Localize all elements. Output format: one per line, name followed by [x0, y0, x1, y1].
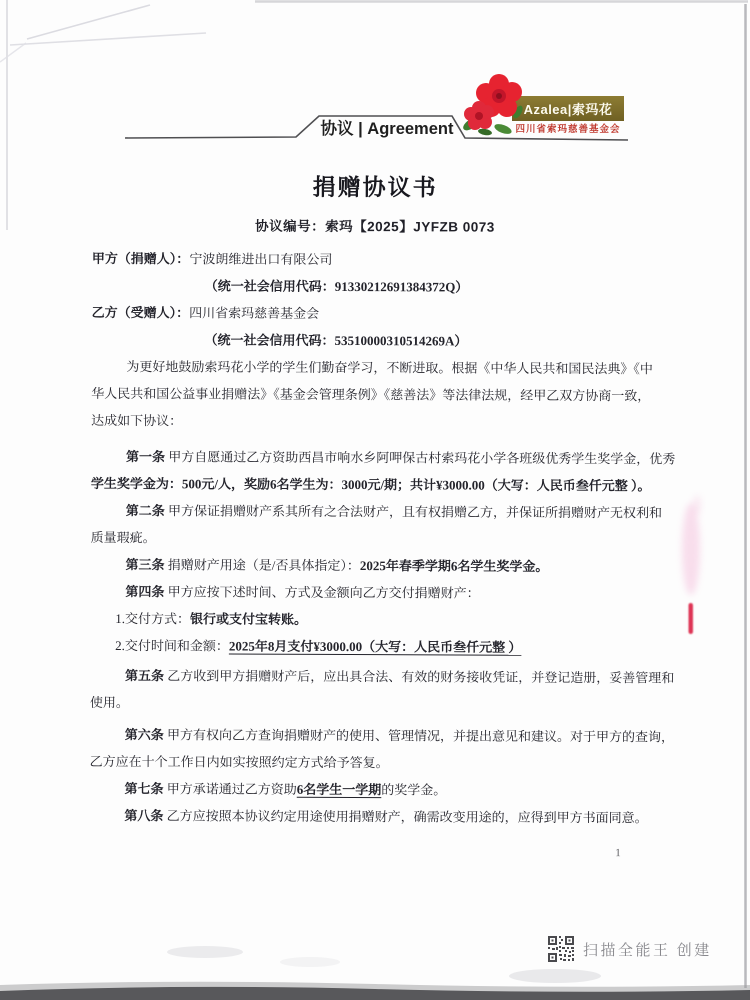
watermark-text: 扫描全能王 创建 — [583, 939, 712, 960]
doc-paragraph: 第二条 甲方保证捐赠财产系其所有之合法财产，且有权捐赠乙方，并保证所捐赠财产无权… — [91, 497, 661, 553]
doc-line: （统一社会信用代码：53510000310514269A） — [91, 326, 661, 355]
doc-text-segment: 第二条 — [126, 503, 168, 518]
doc-paragraph: （统一社会信用代码：91330212691384372Q） — [92, 272, 662, 301]
doc-line: 乙方（受赠人）：四川省索玛慈善基金会 — [92, 299, 662, 328]
doc-line: 第五条 乙方收到甲方捐赠财产后，应出具合法、有效的财务接收凭证，并登记造册，妥善… — [90, 662, 660, 691]
doc-text-segment: 第八条 — [124, 808, 166, 823]
doc-text-segment: 2.交付时间和金额： — [115, 638, 229, 653]
doc-text-segment: 第五条 — [125, 668, 167, 683]
doc-paragraph: 第一条 甲方自愿通过乙方资助西昌市响水乡阿呷保古村索玛花小学各班级优秀学生奖学金… — [91, 443, 661, 499]
doc-text-segment: 捐赠财产用途（是/否具体指定）： — [168, 557, 360, 573]
doc-paragraph: 乙方（受赠人）：四川省索玛慈善基金会 — [92, 299, 662, 328]
document-title: 捐赠协议书 — [0, 167, 750, 203]
doc-text-segment: 银行或支付宝转账。 — [190, 611, 307, 627]
doc-line: 第七条 甲方承诺通过乙方资助6名学生一学期的奖学金。 — [89, 775, 659, 804]
doc-text-segment: 四川省索玛慈善基金会 — [189, 305, 319, 321]
document-content: 捐赠协议书 协议编号：索玛【2025】JYFZB 0073 甲方（捐赠人）：宁波… — [0, 0, 750, 1000]
doc-line: 华人民共和国公益事业捐赠法》《基金会管理条例》《慈善法》等法律法规，经甲乙双方协… — [91, 380, 661, 409]
qr-code-icon — [548, 936, 574, 962]
doc-line: 使用。 — [90, 689, 660, 718]
doc-text-segment: 的奖学金。 — [381, 782, 446, 797]
doc-text-segment: 第六条 — [125, 727, 167, 742]
doc-text-segment: 乙方应在十个工作日内如实按照约定方式给予答复。 — [90, 754, 389, 770]
doc-text-segment: 使用。 — [90, 695, 129, 710]
doc-line: （统一社会信用代码：91330212691384372Q） — [92, 272, 662, 301]
doc-body: 甲方（捐赠人）：宁波朗维进出口有限公司（统一社会信用代码：91330212691… — [89, 245, 662, 831]
scanner-watermark: 扫描全能王 创建 — [548, 936, 712, 962]
doc-paragraph: 第八条 乙方应按照本协议约定用途使用捐赠财产，确需改变用途的，应得到甲方书面同意… — [89, 802, 659, 831]
doc-paragraph: 2.交付时间和金额：2025年8月支付¥3000.00（大写：人民币叁仟元整 ） — [90, 632, 660, 661]
doc-text-segment: 甲方有权向乙方查询捐赠财产的使用、管理情况，并提出意见和建议。对于甲方的查询， — [167, 727, 674, 744]
doc-line: 第二条 甲方保证捐赠财产系其所有之合法财产，且有权捐赠乙方，并保证所捐赠财产无权… — [91, 497, 661, 526]
doc-line: 第一条 甲方自愿通过乙方资助西昌市响水乡阿呷保古村索玛花小学各班级优秀学生奖学金… — [91, 443, 661, 472]
doc-line: 第六条 甲方有权向乙方查询捐赠财产的使用、管理情况，并提出意见和建议。对于甲方的… — [90, 721, 660, 750]
doc-paragraph: 第六条 甲方有权向乙方查询捐赠财产的使用、管理情况，并提出意见和建议。对于甲方的… — [90, 721, 660, 777]
doc-line: 达成如下协议： — [91, 407, 661, 436]
page-number: 1 — [615, 847, 621, 859]
doc-text-segment: 乙方应按照本协议约定用途使用捐赠财产，确需改变用途的，应得到甲方书面同意。 — [167, 808, 648, 825]
doc-line: 第八条 乙方应按照本协议约定用途使用捐赠财产，确需改变用途的，应得到甲方书面同意… — [89, 802, 659, 831]
doc-text-segment: 达成如下协议： — [91, 413, 182, 428]
doc-line: 质量瑕疵。 — [91, 524, 661, 553]
doc-text-segment: 甲方自愿通过乙方资助西昌市响水乡阿呷保古村索玛花小学各班级优秀学生奖学金，优秀 — [168, 449, 675, 466]
doc-text-segment: 乙方收到甲方捐赠财产后，应出具合法、有效的财务接收凭证，并登记造册，妥善管理和 — [167, 668, 674, 685]
doc-line: 2.交付时间和金额：2025年8月支付¥3000.00（大写：人民币叁仟元整 ） — [90, 632, 660, 661]
doc-text-segment: 华人民共和国公益事业捐赠法》《基金会管理条例》《慈善法》等法律法规，经甲乙双方协… — [91, 386, 650, 403]
doc-line: 学生奖学金为：500元/人，奖励6名学生为：3000元/期；共计¥3000.00… — [91, 470, 661, 499]
doc-text-segment: 甲方承诺通过乙方资助 — [167, 781, 297, 797]
doc-line: 为更好地鼓励索玛花小学的学生们勤奋学习，不断进取。根据《中华人民共和国民法典》《… — [91, 353, 661, 382]
doc-paragraph: 第三条 捐赠财产用途（是/否具体指定）：2025年春季学期6名学生奖学金。 — [90, 551, 660, 580]
doc-paragraph: 第四条 甲方应按下述时间、方式及金额向乙方交付捐赠财产： — [90, 578, 660, 607]
doc-text-segment: 甲方保证捐赠财产系其所有之合法财产，且有权捐赠乙方，并保证所捐赠财产无权利和 — [168, 503, 662, 520]
doc-text-segment: （统一社会信用代码：91330212691384372Q） — [205, 278, 469, 294]
doc-line: 第四条 甲方应按下述时间、方式及金额向乙方交付捐赠财产： — [90, 578, 660, 607]
doc-line: 1.交付方式：银行或支付宝转账。 — [90, 605, 660, 634]
doc-text-segment: 为更好地鼓励索玛花小学的学生们勤奋学习，不断进取。根据《中华人民共和国民法典》《… — [126, 359, 653, 376]
doc-paragraph: 1.交付方式：银行或支付宝转账。 — [90, 605, 660, 634]
doc-paragraph: 第七条 甲方承诺通过乙方资助6名学生一学期的奖学金。 — [89, 775, 659, 804]
doc-text-segment: （统一社会信用代码：53510000310514269A） — [204, 332, 467, 348]
agreement-number: 协议编号：索玛【2025】JYFZB 0073 — [0, 213, 750, 236]
doc-text-segment: 质量瑕疵。 — [91, 530, 156, 545]
doc-text-segment: 第三条 — [125, 557, 167, 572]
doc-paragraph: 甲方（捐赠人）：宁波朗维进出口有限公司 — [92, 245, 662, 274]
doc-line: 第三条 捐赠财产用途（是/否具体指定）：2025年春季学期6名学生奖学金。 — [90, 551, 660, 580]
doc-text-segment: 1.交付方式： — [115, 611, 190, 626]
doc-text-segment: 学生奖学金为：500元/人，奖励6名学生为：3000元/期；共计¥3000.00… — [91, 476, 651, 493]
doc-text-segment: 宁波朗维进出口有限公司 — [189, 251, 332, 267]
doc-text-segment: 第七条 — [124, 781, 166, 796]
doc-text-segment: 2025年8月支付¥3000.00（大写：人民币叁仟元整 ） — [229, 638, 522, 654]
doc-paragraph: 第五条 乙方收到甲方捐赠财产后，应出具合法、有效的财务接收凭证，并登记造册，妥善… — [90, 662, 660, 718]
doc-text-segment: 第一条 — [126, 449, 168, 464]
scanned-document-page: 协议 | Agreement Azalea|索玛花 四川省索玛慈善基金会 捐赠协… — [0, 0, 750, 1000]
doc-text-segment: 2025年春季学期6名学生奖学金。 — [360, 558, 549, 574]
doc-text-segment: 第四条 — [125, 584, 167, 599]
doc-line: 甲方（捐赠人）：宁波朗维进出口有限公司 — [92, 245, 662, 274]
doc-line: 乙方应在十个工作日内如实按照约定方式给予答复。 — [90, 748, 660, 777]
doc-paragraph: （统一社会信用代码：53510000310514269A） — [91, 326, 661, 355]
doc-text-segment: 6名学生一学期 — [297, 782, 382, 797]
doc-text-segment: 甲方（捐赠人）： — [92, 251, 190, 266]
doc-text-segment: 乙方（受赠人）： — [92, 305, 190, 320]
doc-text-segment: 甲方应按下述时间、方式及金额向乙方交付捐赠财产： — [168, 584, 480, 600]
doc-paragraph: 为更好地鼓励索玛花小学的学生们勤奋学习，不断进取。根据《中华人民共和国民法典》《… — [91, 353, 661, 436]
